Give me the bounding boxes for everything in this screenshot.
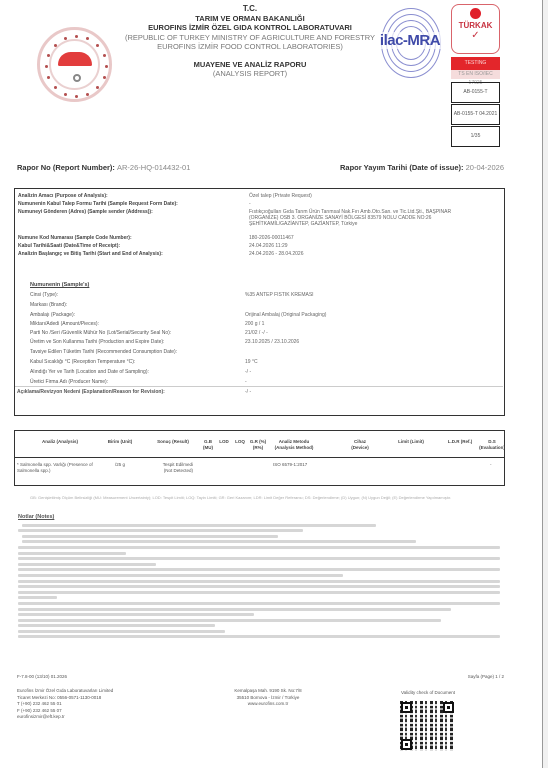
column-header: G.B (MU) [201, 439, 215, 451]
report-number-label: Rapor No (Report Number): [17, 163, 115, 172]
footer-contact: Eurofins İzmir Özel Gıda Laboratuvarları… [17, 688, 113, 721]
turkak-red-band: TESTING [451, 57, 500, 70]
report-title-en: (ANALYSIS REPORT) [100, 69, 400, 79]
result-method: ISO 6579-1:2017 [273, 462, 307, 468]
sample-label: Ambalajı (Package): [30, 312, 75, 318]
sample-label: Miktarı/Adedi (Amount/Pieces): [30, 321, 99, 327]
results-table: Analiz (Analysis) Birim (Unit) Sonuç (Re… [14, 430, 505, 486]
sample-label: Alındığı Yer ve Tarih (Location and Date… [30, 369, 149, 375]
sample-value: 19 °C [245, 359, 258, 365]
header-line: TARIM VE ORMAN BAKANLIĞI [100, 14, 400, 24]
sample-value: 23.10.2025 / 23.10.2026 [245, 339, 299, 345]
report-number-value: AR-26-HQ-014432-01 [117, 163, 190, 172]
sample-value: Orijinal Ambalaj (Original Packaging) [245, 312, 326, 318]
column-header: G.R (%) (R%) [249, 439, 267, 451]
sample-value: 200 g / 1 [245, 321, 264, 327]
sample-label: Parti No /Seri /Güvenlik Mühür No (Lot/S… [30, 330, 171, 336]
accreditation-date: AB-0155-T 04.2021 [451, 104, 500, 125]
report-page: T.C. TARIM VE ORMAN BAKANLIĞI EUROFINS İ… [0, 0, 548, 768]
sample-value: 21/02 / -/ - [245, 330, 268, 336]
ilac-mra-logo: ilac-MRA [375, 4, 445, 82]
sample-info-box: Analizin Amacı (Purpose of Analysis): Öz… [14, 188, 505, 416]
sample-label: Tavsiye Edilen Tüketim Tarihi (Recommend… [30, 349, 177, 355]
sample-value: - [245, 379, 247, 385]
sample-label: Markası (Brand): [30, 302, 67, 308]
result-analysis: * Salmonella spp. Varlığı (Presence of S… [17, 462, 97, 474]
scrollbar[interactable] [542, 0, 548, 768]
qr-label: Validity check of Document [393, 690, 463, 695]
report-date-label: Rapor Yayım Tarihi (Date of issue): [340, 163, 464, 172]
form-code: F-7.8-00 (13/10) 01.2026 [17, 674, 67, 679]
column-header: LOQ [233, 439, 247, 445]
report-date: Rapor Yayım Tarihi (Date of issue): 20-0… [340, 163, 504, 172]
document-header: T.C. TARIM VE ORMAN BAKANLIĞI EUROFINS İ… [100, 4, 400, 79]
header-line: EUROFINS İZMİR FOOD CONTROL LABORATORIES… [100, 42, 400, 52]
notes-title: Notlar (Notes) [18, 514, 54, 520]
report-date-value: 20-04-2026 [466, 163, 504, 172]
column-header: L.D.R (Ref.) [445, 439, 475, 445]
header-line: (REPUBLIC OF TURKEY MINISTRY OF AGRICULT… [100, 33, 400, 43]
accreditation-number: AB-0155-T [451, 82, 500, 103]
column-header: D.S (Evaluation) [478, 439, 506, 451]
notes-list [18, 521, 510, 638]
sample-label: Üretim ve Son Kullanma Tarihi (Productio… [30, 339, 164, 345]
turkak-sub-band: TS EN ISO/IEC 17025 [451, 70, 500, 79]
column-header: Birim (Unit) [105, 439, 135, 445]
result-unit: /25 g [115, 462, 125, 468]
column-header: Analiz (Analysis) [25, 439, 95, 445]
column-header: Limit (Limit) [393, 439, 429, 445]
sample-section-title: Numunenin (Sample's) [30, 282, 89, 288]
report-title: MUAYENE VE ANALİZ RAPORU [100, 60, 400, 70]
sample-value: -/ - [245, 369, 251, 375]
report-number: Rapor No (Report Number): AR-26-HQ-01443… [17, 163, 190, 172]
column-header: Cihaz (Device) [348, 439, 372, 451]
sample-label: Cinsi (Type): [30, 292, 58, 298]
explanation-value: -/ - [245, 389, 251, 395]
result-evaluation: - [490, 462, 492, 468]
results-table-header: Analiz (Analysis) Birim (Unit) Sonuç (Re… [15, 431, 504, 458]
flag-icon [470, 8, 481, 19]
column-header: Sonuç (Result) [153, 439, 193, 445]
page-number: Sayfa (Page) 1 / 2 [468, 674, 504, 679]
ilac-logo-text: ilac-MRA [375, 32, 445, 49]
abbreviations-legend: GB: Genişletilmiş Ölçüm Belirsizliği (MU… [30, 494, 510, 501]
result-value: Tespit Edilmedi (Not Detected) [157, 462, 193, 474]
accreditation-page: 1/35 [451, 126, 500, 147]
footer-address: Kemalpaşa Mah. 9190 Sk. No:7/8 35510 Bor… [218, 688, 318, 708]
qr-code-icon[interactable] [400, 701, 455, 751]
column-header: Analiz Metodu (Analysis Method) [269, 439, 319, 451]
check-icon: ✓ [452, 30, 499, 42]
sample-label: Üretici Firma Adı (Producer Name): [30, 379, 108, 385]
sample-value: %35 ANTEP FISTIK KREMASI [245, 292, 314, 298]
explanation-label: Açıklama/Revizyon Nedeni (Explanation/Re… [17, 389, 165, 395]
turkak-logo: TÜRKAK ✓ [451, 4, 500, 54]
column-header: LOD [217, 439, 231, 445]
header-line: EUROFINS İZMİR ÖZEL GIDA KONTROL LABORAT… [100, 23, 400, 33]
sample-label: Kabul Sıcaklığı °C (Reception Temperatur… [30, 359, 135, 365]
header-line: T.C. [100, 4, 400, 14]
turkak-name: TÜRKAK [452, 21, 499, 30]
